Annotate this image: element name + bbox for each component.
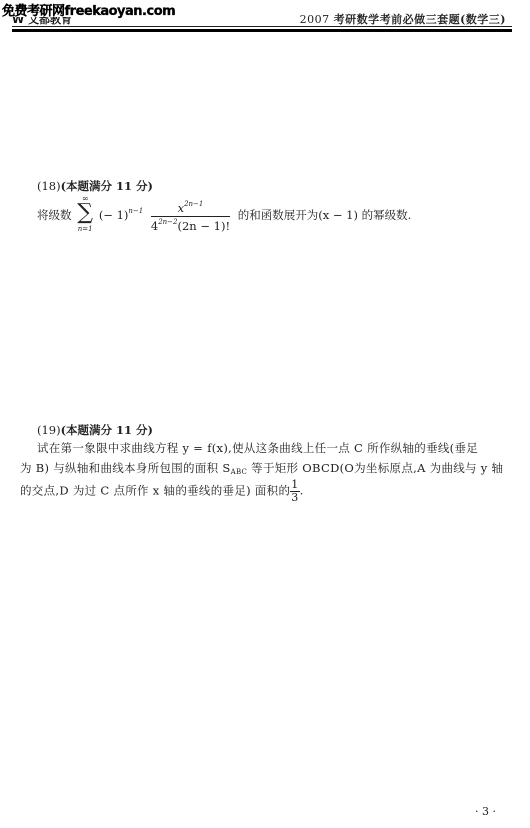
summation: ∞ ∑ n=1 xyxy=(75,196,95,236)
question-19-points: (本题满分 11 分) xyxy=(61,423,153,437)
question-18-heading: (18)(本题满分 11 分) xyxy=(37,178,153,194)
question-18-prefix: 将级数 xyxy=(37,208,72,222)
page-number: · 3 · xyxy=(475,805,496,818)
question-18-suffix: 的和函数展开为(x − 1) 的幂级数. xyxy=(238,208,412,222)
publisher-logo: W 文都教育 xyxy=(12,17,82,25)
question-19-number: (19) xyxy=(37,423,61,437)
series-term-fraction: x2n−1 42n−2(2n − 1)! xyxy=(151,200,230,233)
question-19-line-1: 试在第一象限中求曲线方程 y = f(x),使从这条曲线上任一点 C 所作纵轴的… xyxy=(37,440,478,456)
question-18-points: (本题满分 11 分) xyxy=(61,179,153,193)
question-19-heading: (19)(本题满分 11 分) xyxy=(37,422,153,438)
sum-lower-limit: n=1 xyxy=(75,225,95,233)
area-subscript: ABC xyxy=(231,468,248,476)
question-19-line-3: 的交点,D 为过 C 点所作 x 轴的垂线的垂足) 面积的13. xyxy=(20,479,304,504)
fraction-numerator: x2n−1 xyxy=(151,200,230,217)
sigma-symbol: ∑ xyxy=(75,202,95,224)
running-head-title: 考研数学考前必做三套题(数学三) xyxy=(334,13,506,26)
question-19-line-2: 为 B) 与纵轴和曲线本身所包围的面积 SABC 等于矩形 OBCD(O为坐标原… xyxy=(20,460,503,476)
one-third-fraction: 13 xyxy=(290,479,299,504)
question-18-body: 将级数 ∞ ∑ n=1 (− 1)n−1 x2n−1 42n−2(2n − 1)… xyxy=(37,196,411,236)
sign-factor: (− 1)n−1 xyxy=(99,208,143,222)
header-rule-thin xyxy=(12,26,512,27)
running-head-year: 2007 xyxy=(300,13,330,26)
header-rule-thick xyxy=(12,29,512,32)
question-18-number: (18) xyxy=(37,179,61,193)
running-head: 2007考研数学考前必做三套题(数学三) xyxy=(300,11,506,27)
fraction-denominator: 42n−2(2n − 1)! xyxy=(151,217,230,233)
